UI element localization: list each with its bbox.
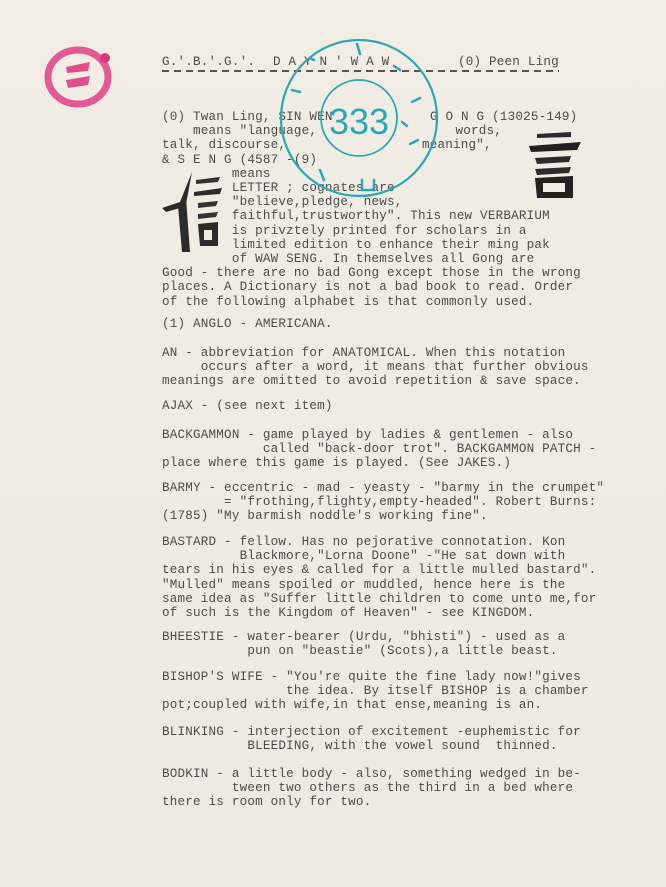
entry-line: BISHOP'S WIFE - "You're quite the fine l… — [162, 670, 581, 684]
entry-line: BLEEDING, with the vowel sound thinned. — [162, 739, 558, 753]
entry-line: place where this game is played. (See JA… — [162, 456, 511, 470]
intro-line: means "language, — [162, 124, 317, 138]
intro-line: Good - there are no bad Gong except thos… — [162, 266, 581, 280]
circled-equals-mark-icon — [38, 40, 118, 112]
entry-line: tears in his eyes & called for a little … — [162, 563, 596, 577]
intro-line: & S E N G (4587 -(9) — [162, 153, 317, 167]
header-code: G.'.B.'.G.'. — [162, 55, 255, 69]
entry-line: BODKIN - a little body - also, something… — [162, 767, 581, 781]
entry-line: same idea as "Suffer little children to … — [162, 592, 596, 606]
entry-line: AN - abbreviation for ANATOMICAL. When t… — [162, 346, 565, 360]
entry-line: tween two others as the third in a bed w… — [162, 781, 573, 795]
header-title: D A Y N ' W A W — [273, 55, 389, 69]
entry-line: occurs after a word, it means that furth… — [162, 360, 589, 374]
intro-line: talk, discourse, — [162, 138, 286, 152]
entry-line: (1785) "My barmish noddle's working fine… — [162, 509, 488, 523]
entry-line: BARMY - eccentric - mad - yeasty - "barm… — [162, 481, 604, 495]
section-title: (1) ANGLO - AMERICANA. — [162, 317, 333, 331]
entry-line: pun on "beastie" (Scots),a little beast. — [162, 644, 558, 658]
document-page: G.'.B.'.G.'. D A Y N ' W A W (0) Peen Li… — [0, 0, 666, 887]
intro-right-line: G O N G (13025-149) — [430, 110, 577, 124]
calligraphy-xin-icon — [156, 168, 224, 254]
entry-line: Blackmore,"Lorna Doone" -"He sat down wi… — [162, 549, 565, 563]
header-divider — [162, 70, 559, 72]
intro-line: (0) Twan Ling, SIN WEN — [162, 110, 333, 124]
intro-line: places. A Dictionary is not a bad book t… — [162, 280, 573, 294]
entry-line: BLINKING - interjection of excitement -e… — [162, 725, 581, 739]
entry-line: the idea. By itself BISHOP is a chamber — [162, 684, 589, 698]
entry-line: = "frothing,flighty,empty-headed". Rober… — [162, 495, 596, 509]
entry-line: of such is the Kingdom of Heaven" - see … — [162, 606, 534, 620]
intro-line: of the following alphabet is that common… — [162, 295, 534, 309]
intro-right-line: meaning", — [422, 138, 492, 152]
entry-line: meanings are omitted to avoid repetition… — [162, 374, 581, 388]
entry-line: BHEESTIE - water-bearer (Urdu, "bhisti")… — [162, 630, 565, 644]
intro-right-line: words, — [440, 124, 502, 138]
entry-line: pot;coupled with wife,in that ense,meani… — [162, 698, 542, 712]
calligraphy-yan-icon — [525, 128, 583, 200]
entry-line: BASTARD - fellow. Has no pejorative conn… — [162, 535, 565, 549]
intro-line: of WAW SENG. In themselves all Gong are — [162, 252, 534, 266]
header-section: (0) Peen Ling — [458, 55, 559, 69]
entry-line: there is room only for two. — [162, 795, 371, 809]
entry-line: "Mulled" means spoiled or muddled, hence… — [162, 578, 565, 592]
stamp-number: 333 — [329, 101, 389, 142]
entry-line: called "back-door trot". BACKGAMMON PATC… — [162, 442, 596, 456]
entry-line: BACKGAMMON - game played by ladies & gen… — [162, 428, 573, 442]
entry-line: AJAX - (see next item) — [162, 399, 333, 413]
